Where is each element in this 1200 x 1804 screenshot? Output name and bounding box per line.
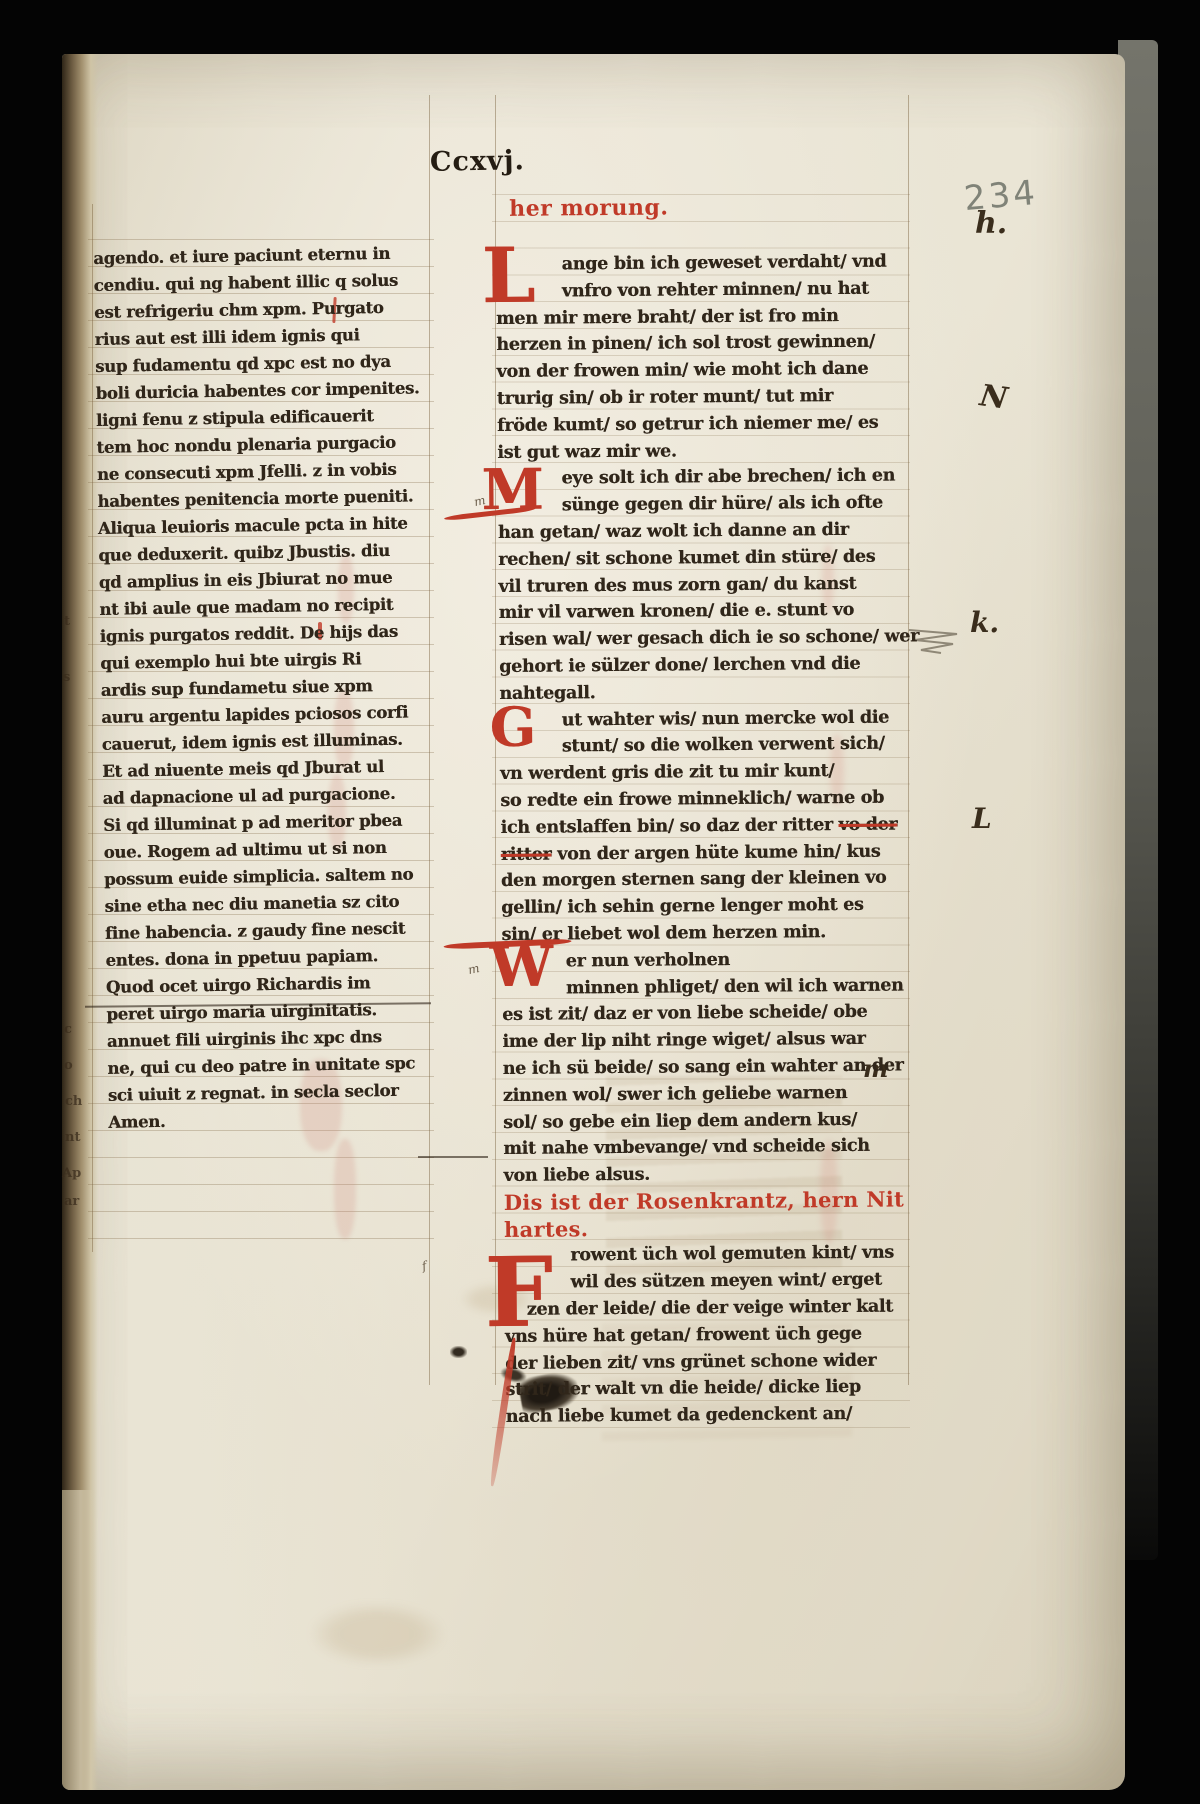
verse-line: eye solt ich dir abe brechen/ ich en (497, 463, 911, 493)
verse-line: zen der leide/ die der veige winter kalt (505, 1293, 919, 1323)
gutter-text-fragment: o (64, 1058, 73, 1073)
stanza-frowent-uch: F rowent üch wol gemuten kint/ vnswil de… (504, 1240, 920, 1431)
verse-line: strit/ der walt vn die heide/ dicke liep (505, 1374, 919, 1404)
verse-line: der lieben zit/ vns grünet schone wider (505, 1347, 919, 1377)
rubric-morungen: her morung. (495, 188, 910, 252)
german-column: her morung. L ange bin ich geweset verda… (495, 188, 920, 1431)
verse-line: vns hüre hat getan/ frowent üch gege (505, 1320, 919, 1350)
margin-letter-h: h. (975, 206, 1007, 241)
verse-line: ime der lip niht ringe wiget/ alsus war (502, 1025, 916, 1055)
initial-W: W (490, 938, 549, 995)
guide-letter-m: m (467, 961, 481, 977)
gutter-text-fragment: s (63, 670, 70, 685)
verse-line: rowent üch wol gemuten kint/ vns (504, 1240, 918, 1270)
gutter-text-fragment: Ap (62, 1166, 81, 1181)
margin-letter-k: k. (970, 606, 999, 639)
verse-line: sol/ so gebe ein liep dem andern kus/ (503, 1106, 917, 1136)
gutter-text-fragment: ch (65, 1094, 82, 1109)
initial-M: M (481, 462, 543, 519)
stanza-wer-nun-verholnen: W er nun verholnenminnen phliget/ den wi… (502, 945, 918, 1190)
gutter-text-fragment: t (64, 614, 70, 629)
verse-line: ist gut waz mir we. (497, 436, 911, 466)
verse-line: ut wahter wis/ nun mercke wol die (499, 704, 913, 734)
verse-line: han getan/ waz wolt ich danne an dir (498, 516, 912, 546)
verse-line: rechen/ sit schone kumet din stüre/ des (498, 543, 912, 573)
verse-line: ne ich sü beide/ so sang ein wahter an d… (503, 1052, 917, 1082)
rubric-rosenkranz-line2: hartes. (504, 1213, 918, 1243)
verse-line: er nun verholnen (502, 945, 916, 975)
verse-text: von der argen hüte kume hin/ kus (551, 841, 880, 864)
ink-stain (450, 1346, 467, 1358)
stanza-meye: M eye solt ich dir abe brechen/ ich ensü… (497, 463, 913, 708)
verse-line: gehort ie sülzer done/ lerchen vnd die (499, 650, 913, 680)
verse-line: herzen in pinen/ ich sol trost gewinnen/ (496, 329, 910, 359)
verse-line: gellin/ ich sehin gerne lenger moht es (501, 891, 915, 921)
latin-text-line: Amen. (108, 1103, 453, 1136)
verse-line-with-strikethrough: ich entslaffen bin/ so daz der ritter vo… (500, 811, 914, 841)
verse-line: vnfro von rehter minnen/ nu hat (496, 275, 910, 305)
latin-column: agendo. et iure paciunt eternu incendiu.… (93, 239, 453, 1136)
red-struck-text: vo der (838, 814, 897, 835)
verse-line: nahtegall. (499, 677, 913, 707)
chapter-numeral: Ccxvj. (430, 145, 525, 178)
verse-line: nach liebe kumet da gedenckent an/ (506, 1401, 920, 1431)
verse-line: zinnen wol/ swer ich geliebe warnen (503, 1079, 917, 1109)
initial-L: L (481, 238, 535, 314)
stanza-gut-wahter: G ut wahter wis/ nun mercke wol diestunt… (499, 704, 915, 949)
verse-line: so redte ein frowe minneklich/ warne ob (500, 784, 914, 814)
verse-line: wil des sützen meyen wint/ erget (504, 1267, 918, 1297)
initial-F: F (484, 1245, 553, 1342)
verse-line: trurig sin/ ob ir roter munt/ tut mir (497, 382, 911, 412)
soft-stain (312, 1604, 442, 1664)
underlying-page-edges (62, 1490, 96, 1790)
verse-line: mit nahe vmbevange/ vnd scheide sich (503, 1133, 917, 1163)
gutter-text-fragment: c (64, 1022, 72, 1037)
verse-line: men mir mere braht/ der ist fro min (496, 302, 910, 332)
margin-letter-n: N (978, 378, 1010, 416)
verse-text: ich entslaffen bin/ so daz der ritter (500, 815, 838, 838)
verse-line: stunt/ so die wolken verwent sich/ (500, 731, 914, 761)
verse-line: vn werdent gris die zit tu mir kunt/ (500, 758, 914, 788)
verse-line: risen wal/ wer gesach dich ie so schone/… (499, 624, 913, 654)
rubric-rosenkranz-line1: Dis ist der Rosenkrantz, hern Nit (504, 1186, 918, 1216)
verse-line: fröde kumt/ so getrur ich niemer me/ es (497, 409, 911, 439)
verse-line: vil truren des mus zorn gan/ du kanst (498, 570, 912, 600)
verse-line: den morgen sternen sang der kleinen vo (501, 865, 915, 895)
verse-line: sünge gegen dir hüre/ als ich ofte (498, 490, 912, 520)
gutter-text-fragment: ar (64, 1194, 79, 1209)
verse-line: von liebe alsus. (503, 1159, 917, 1189)
stanza-lange-bin-ich: L ange bin ich geweset verdaht/ vndvnfro… (496, 248, 912, 466)
dark-ruling-line-short (418, 1156, 488, 1158)
verse-line: ange bin ich geweset verdaht/ vnd (496, 248, 910, 278)
verse-line: von der frowen min/ wie moht ich dane (496, 356, 910, 386)
verse-line: minnen phliget/ den wil ich warnen (502, 972, 916, 1002)
ruling-line-left (92, 204, 93, 1252)
verse-line: sin/ er liebet wol dem herzen min. (501, 918, 915, 948)
verse-line: es ist zit/ daz er von liebe scheide/ ob… (502, 999, 916, 1029)
photo-backdrop: Ccxvj. 234 h. N k. L m t s c o ch nt Ap … (0, 0, 1200, 1804)
verse-line-with-strikethrough: ritter von der argen hüte kume hin/ kus (501, 838, 915, 868)
manuscript-page: Ccxvj. 234 h. N k. L m t s c o ch nt Ap … (62, 54, 1125, 1790)
margin-letter-l: L (972, 802, 992, 835)
bleedthrough-mark (334, 1139, 356, 1239)
initial-G: G (489, 699, 536, 753)
gutter-text-fragment: nt (65, 1130, 80, 1145)
verse-line: mir vil varwen kronen/ die e. stunt vo (499, 597, 913, 627)
guide-letter-f: f (421, 1259, 428, 1274)
red-struck-text: ritter (501, 844, 552, 864)
